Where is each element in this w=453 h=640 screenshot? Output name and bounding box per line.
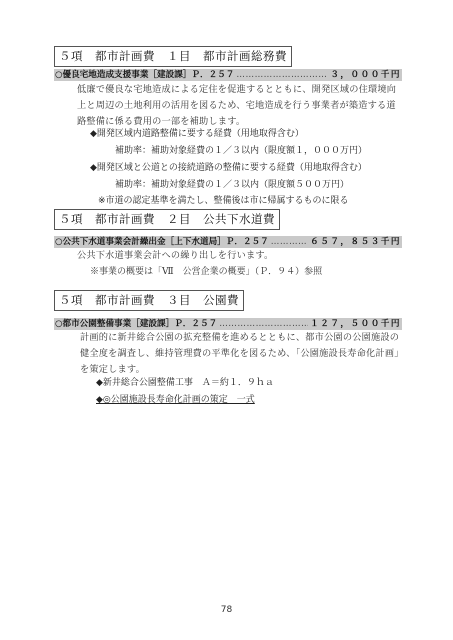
item-name: ○公共下水道事業会計繰出金［上下水道局］Ｐ．２５７ [54,236,269,248]
item-bar-3: ○都市公園整備事業［建設課］Ｐ．２５７ ………………………………………………… … [54,318,402,330]
description-line: 上と周辺の土地利用の活用を図るため、宅地造成を行う事業者が築造する道 [77,98,407,114]
leader-dots: ……………………………… [271,236,308,248]
item-name: ○都市公園整備事業［建設課］Ｐ．２５７ [54,318,217,330]
section-title-3: ５項 都市計画費 ３目 公園費 [54,290,244,311]
reference-note: ※事業の概要は「Ⅶ 公営企業の概要」（Ｐ．９４）参照 [90,264,322,280]
description-line: 健全度を調査し、維持管理費の平準化を図るため、「公園施設長寿命化計画」 [80,346,410,362]
item-bar-1: ○優良宅地造成支援事業［建設課］Ｐ．２５７ ………………………………………………… [54,69,402,81]
description-1: 低廉で優良な宅地造成による定住を促進するとともに、開発区域の住環境向 上と周辺の… [77,82,407,130]
description-line: 公共下水道事業会計への繰り出しを行います。 [77,248,407,264]
bullet-item: ◆開発区域内道路整備に要する経費（用地取得含む） [90,126,304,142]
item-amount: ６５７，８５３千円 [310,236,402,248]
bullet-item: ◆新井総合公園整備工事 Ａ＝約１．９ｈａ [96,375,274,391]
leader-dots: ………………………………………………… [219,318,308,330]
subsidy-rate: 補助率：補助対象経費の１／３以内（限度額１，０００万円） [115,143,367,159]
description-3: 計画的に新井総合公園の拡充整備を進めるとともに、都市公園の公園施設の 健全度を調… [80,330,410,378]
bullet-item: ◆開発区域と公道との接続道路の整備に要する経費（用地取得含む） [90,160,367,176]
section-title-1: ５項 都市計画費 １目 都市計画総務費 [54,46,292,67]
description-2: 公共下水道事業会計への繰り出しを行います。 [77,248,407,264]
subsidy-rate: 補助率：補助対象経費の１／３以内（限度額５００万円） [115,177,349,193]
document-page: ５項 都市計画費 １目 都市計画総務費 ○優良宅地造成支援事業［建設課］Ｐ．２５… [0,0,453,640]
item-amount: １２７，５００千円 [310,318,402,330]
leader-dots: ………………………………………………… [236,69,328,81]
bullet-item-underlined: ◆◎公園施設長寿命化計画の策定 一式 [96,392,255,408]
item-bar-2: ○公共下水道事業会計繰出金［上下水道局］Ｐ．２５７ ……………………………… ６… [54,236,402,248]
description-line: 計画的に新井総合公園の拡充整備を進めるとともに、都市公園の公園施設の [80,330,410,346]
condition-note: ※市道の認定基準を満たし、整備後は市に帰属するものに限る [98,193,349,209]
page-number: 78 [0,605,453,615]
section-title-2: ５項 都市計画費 ２目 公共下水道費 [54,209,280,230]
description-line: 低廉で優良な宅地造成による定住を促進するとともに、開発区域の住環境向 [77,82,407,98]
item-name: ○優良宅地造成支援事業［建設課］Ｐ．２５７ [54,69,234,81]
item-amount: ３，０００千円 [330,69,402,81]
